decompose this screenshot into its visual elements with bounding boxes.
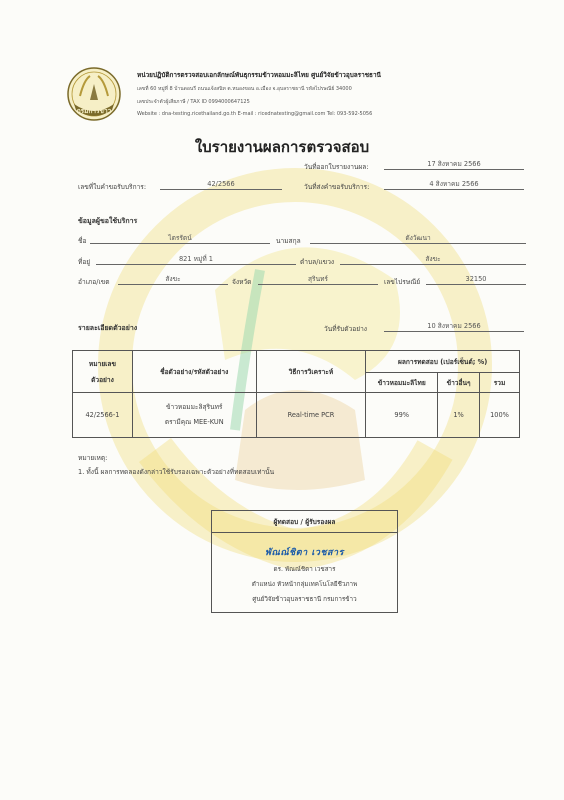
district-label: อำเภอ/เขต bbox=[78, 276, 110, 287]
notes-title: หมายเหตุ: bbox=[78, 452, 107, 463]
table-header-row: หมายเลข ตัวอย่าง ชื่อตัวอย่าง/รหัสตัวอย่… bbox=[73, 351, 520, 373]
signature-heading: ผู้ทดสอบ / ผู้รับรองผล bbox=[212, 511, 397, 533]
header-sample-no: หมายเลข ตัวอย่าง bbox=[73, 351, 133, 393]
page-title: ใบรายงานผลการตรวจสอบ bbox=[0, 135, 564, 159]
received-date-value: 10 สิงหาคม 2566 bbox=[384, 322, 524, 332]
organization-address: เลขที่ 60 หมู่ที่ 8 บ้านดอนรี ถนนแจ้งสนิ… bbox=[137, 85, 381, 93]
sample-name-line2: ตรามีคุณ MEE-KUN bbox=[133, 415, 256, 430]
rice-department-logo-icon: กรมการข้าว bbox=[66, 66, 122, 122]
svg-text:กรมการข้าว: กรมการข้าว bbox=[77, 106, 112, 115]
handwritten-signature: พัณณ์ชิตา เวชสาร bbox=[212, 545, 397, 559]
header-sample-name: ชื่อตัวอย่าง/รหัสตัวอย่าง bbox=[132, 351, 256, 393]
province-label: จังหวัด bbox=[232, 276, 251, 287]
first-name-label: ชื่อ bbox=[78, 235, 86, 246]
note-item: 1. ทั้งนี้ ผลการทดลองดังกล่าวใช้รับรองเฉ… bbox=[78, 466, 274, 477]
header-total: รวม bbox=[480, 373, 520, 393]
signature-box: ผู้ทดสอบ / ผู้รับรองผล พัณณ์ชิตา เวชสาร … bbox=[211, 510, 398, 613]
province-value: สุรินทร์ bbox=[258, 275, 378, 285]
address-label: ที่อยู่ bbox=[78, 256, 90, 267]
postcode-label: เลขไปรษณีย์ bbox=[384, 276, 420, 287]
customer-section-title: ข้อมูลผู้ขอใช้บริการ bbox=[78, 216, 137, 227]
signer-position: ตำแหน่ง หัวหน้ากลุ่มเทคโนโลยีชีวภาพ bbox=[212, 579, 397, 589]
header-sample-no-line2: ตัวอย่าง bbox=[73, 372, 132, 388]
sample-section-title: รายละเอียดตัวอย่าง bbox=[78, 323, 137, 334]
results-table: หมายเลข ตัวอย่าง ชื่อตัวอย่าง/รหัสตัวอย่… bbox=[72, 350, 520, 438]
cell-other: 1% bbox=[438, 393, 480, 438]
subdistrict-label: ตำบล/แขวง bbox=[300, 256, 334, 267]
request-no-label: เลขที่ใบคำขอรับบริการ: bbox=[78, 181, 146, 192]
cell-sample-no: 42/2566-1 bbox=[73, 393, 133, 438]
header-other: ข้าวอื่นๆ bbox=[438, 373, 480, 393]
issue-date-value: 17 สิงหาคม 2566 bbox=[384, 160, 524, 170]
address-value: 821 หมู่ที่ 1 bbox=[96, 255, 296, 265]
last-name-label: นามสกุล bbox=[276, 235, 301, 246]
request-date-value: 4 สิงหาคม 2566 bbox=[384, 180, 524, 190]
first-name-value: ไตรรัตน์ bbox=[90, 234, 270, 244]
district-value: สังขะ bbox=[118, 275, 228, 285]
cell-sample-name: ข้าวหอมมะลิสุรินทร์ ตรามีคุณ MEE-KUN bbox=[132, 393, 256, 438]
request-no-value: 42/2566 bbox=[160, 180, 282, 190]
issue-date-label: วันที่ออกใบรายงานผล: bbox=[304, 161, 369, 172]
organization-name: หน่วยปฏิบัติการตรวจสอบเอกลักษณ์พันธุกรรม… bbox=[137, 70, 381, 80]
received-date-label: วันที่รับตัวอย่าง bbox=[324, 323, 367, 334]
request-date-label: วันที่ส่งคำขอรับบริการ: bbox=[304, 181, 369, 192]
header-hom-mali: ข้าวหอมมะลิไทย bbox=[366, 373, 438, 393]
table-row: 42/2566-1 ข้าวหอมมะลิสุรินทร์ ตรามีคุณ M… bbox=[73, 393, 520, 438]
cell-hom-mali: 99% bbox=[366, 393, 438, 438]
header-method: วิธีการวิเคราะห์ bbox=[256, 351, 366, 393]
last-name-value: ตังวัฒนา bbox=[310, 234, 526, 244]
signer-unit: ศูนย์วิจัยข้าวอุบลราชธานี กรมการข้าว bbox=[212, 594, 397, 604]
report-page: กรมการข้าว หน่วยปฏิบัติการตรวจสอบเอกลักษ… bbox=[0, 0, 564, 800]
subdistrict-value: สังขะ bbox=[340, 255, 526, 265]
contact-info: Website : dna-testing.ricethailand.go.th… bbox=[137, 111, 381, 117]
header-result-group: ผลการทดสอบ (เปอร์เซ็นต์; %) bbox=[366, 351, 520, 373]
header-sample-no-line1: หมายเลข bbox=[73, 356, 132, 372]
sample-name-line1: ข้าวหอมมะลิสุรินทร์ bbox=[133, 400, 256, 415]
tax-id: เลขประจำตัวผู้เสียภาษี / TAX ID 09940006… bbox=[137, 98, 381, 106]
cell-method: Real-time PCR bbox=[256, 393, 366, 438]
postcode-value: 32150 bbox=[426, 275, 526, 285]
organization-header: หน่วยปฏิบัติการตรวจสอบเอกลักษณ์พันธุกรรม… bbox=[137, 70, 381, 117]
cell-total: 100% bbox=[480, 393, 520, 438]
signer-name: ดร. พัณณ์ชิตา เวชสาร bbox=[212, 564, 397, 574]
